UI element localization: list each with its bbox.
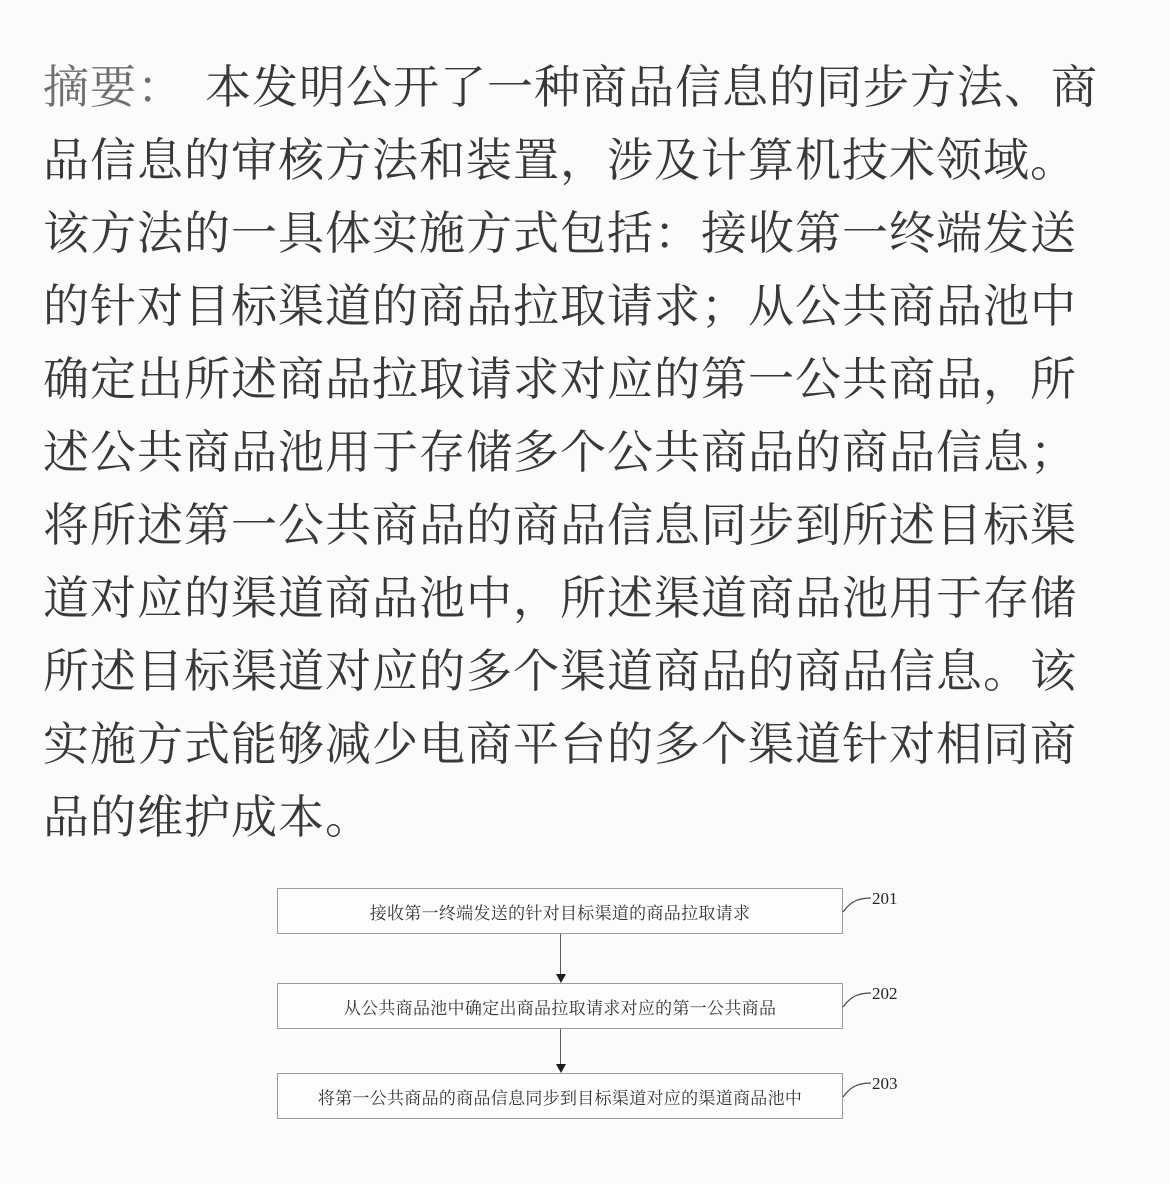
arrow-shaft: [560, 934, 561, 974]
arrow-down-icon: [556, 974, 566, 983]
flowchart-step-text: 从公共商品池中确定出商品拉取请求对应的第一公共商品: [344, 994, 777, 1019]
abstract-paragraph: 摘要：本发明公开了一种商品信息的同步方法、商 品信息的审核方法和装置，涉及计算机…: [43, 51, 1163, 854]
flowchart-step-text: 将第一公共商品的商品信息同步到目标渠道对应的渠道商品池中: [318, 1084, 802, 1109]
abstract-text: 本发明公开了一种商品信息的同步方法、商 品信息的审核方法和装置，涉及计算机技术领…: [43, 61, 1098, 843]
leader-curve-icon: [842, 894, 872, 914]
flowchart-step-text: 接收第一终端发送的针对目标渠道的商品拉取请求: [370, 899, 751, 924]
reference-numeral-203: 203: [872, 1075, 898, 1092]
patent-abstract-page: 摘要：本发明公开了一种商品信息的同步方法、商 品信息的审核方法和装置，涉及计算机…: [0, 0, 1170, 1184]
arrow-down-icon: [556, 1064, 566, 1073]
leader-curve-icon: [842, 1079, 872, 1099]
abstract-label: 摘要：: [43, 61, 184, 113]
flowchart-step-box-202: 从公共商品池中确定出商品拉取请求对应的第一公共商品: [277, 983, 843, 1029]
flowchart-step-box-203: 将第一公共商品的商品信息同步到目标渠道对应的渠道商品池中: [277, 1073, 843, 1119]
arrow-shaft: [560, 1029, 561, 1064]
reference-numeral-201: 201: [872, 890, 898, 907]
leader-curve-icon: [842, 989, 872, 1009]
reference-numeral-202: 202: [872, 985, 898, 1002]
flowchart-step-box-201: 接收第一终端发送的针对目标渠道的商品拉取请求: [277, 888, 843, 934]
